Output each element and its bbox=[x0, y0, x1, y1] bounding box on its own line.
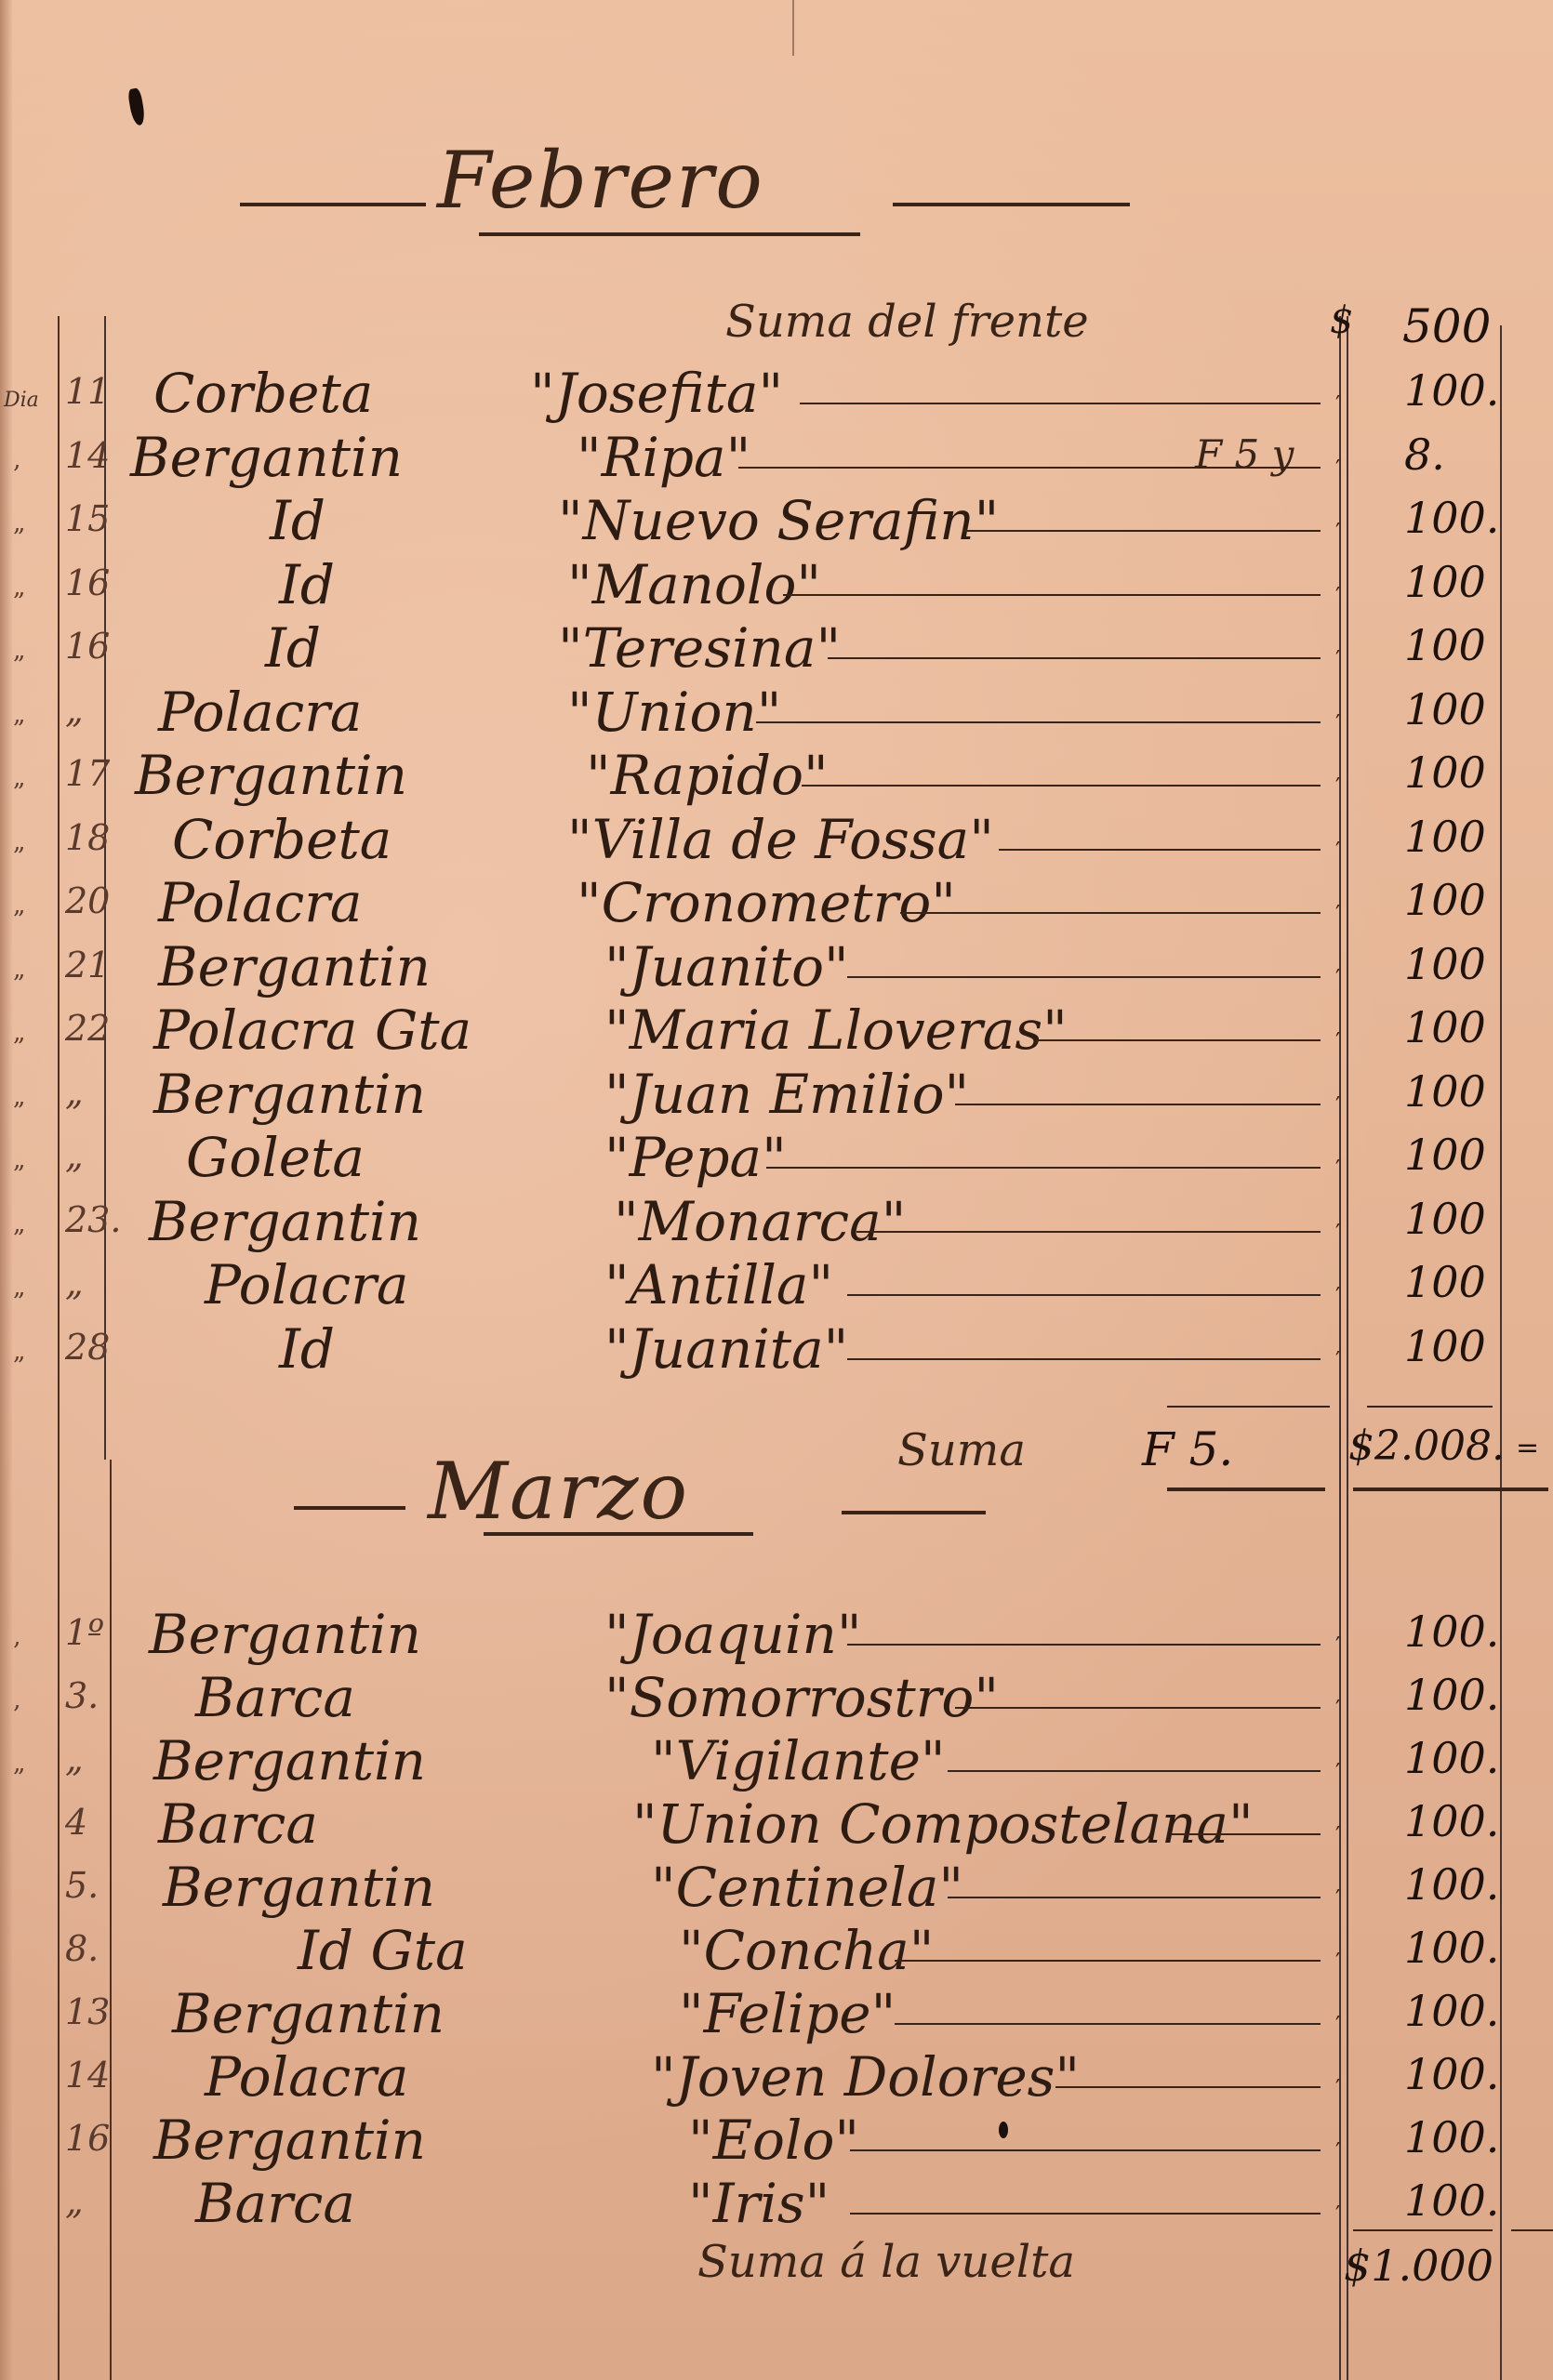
amount: 100 bbox=[1404, 1257, 1486, 1307]
carried-amount: 500 bbox=[1402, 299, 1491, 353]
leader-line bbox=[800, 403, 1321, 404]
column-tick: ′ bbox=[1335, 2201, 1340, 2228]
column-tick: ′ bbox=[1335, 583, 1340, 609]
day-number: „ bbox=[65, 1072, 84, 1113]
march-total-label: Suma á la vuelta bbox=[697, 2236, 1075, 2288]
vessel-type: Bergantin bbox=[172, 1982, 445, 2045]
ledger-row: „„Bergantin"Vigilante"′100. bbox=[0, 1725, 1553, 1789]
day-number: 16 bbox=[65, 562, 110, 603]
column-tick: ′ bbox=[1335, 1028, 1340, 1054]
vessel-name: "Union Compostelana" bbox=[632, 1792, 1254, 1856]
vessel-name: "Antilla" bbox=[604, 1253, 833, 1316]
ditto-mark: „ bbox=[13, 828, 25, 856]
day-number: „ bbox=[65, 1739, 84, 1779]
amount: 100. bbox=[1404, 1923, 1499, 1973]
vessel-type: Corbeta bbox=[172, 808, 392, 871]
ditto-mark: „ bbox=[13, 1750, 25, 1778]
ledger-row: 14Polacra"Joven Dolores"′100. bbox=[0, 2042, 1553, 2105]
amount: 100 bbox=[1404, 620, 1486, 670]
ditto-mark: „ bbox=[13, 956, 25, 984]
column-tick: ′ bbox=[1335, 773, 1340, 800]
vessel-type: Polacra bbox=[205, 2045, 409, 2109]
ledger-row: „„Polacra"Antilla"′100 bbox=[0, 1249, 1553, 1313]
column-tick: ′ bbox=[1335, 1949, 1340, 1975]
ditto-mark: „ bbox=[13, 1274, 25, 1302]
leader-line bbox=[955, 1104, 1321, 1105]
leader-line bbox=[948, 1770, 1321, 1772]
ledger-row: ‚1ºBergantin"Joaquin"′100. bbox=[0, 1599, 1553, 1662]
vessel-name: "Nuevo Serafin" bbox=[558, 489, 999, 552]
day-number: „ bbox=[65, 1135, 84, 1176]
february-total-mark: = bbox=[1516, 1432, 1539, 1464]
day-number: „ bbox=[65, 2181, 84, 2222]
leader-line bbox=[783, 594, 1321, 596]
leader-line bbox=[856, 1231, 1321, 1233]
column-tick: ′ bbox=[1335, 391, 1340, 417]
vessel-type: Bergantin bbox=[149, 1603, 421, 1666]
vessel-type: Corbeta bbox=[153, 362, 373, 425]
leader-line bbox=[828, 657, 1321, 659]
carried-currency: $ bbox=[1330, 299, 1353, 342]
ledger-page: Febrero Suma del frente $ 500 Dia 11Corb… bbox=[0, 0, 1553, 2380]
ditto-mark: ‚ bbox=[13, 1623, 20, 1651]
amount: 100 bbox=[1404, 812, 1486, 862]
total-rule-amount bbox=[1353, 2229, 1493, 2231]
ledger-row: „22Polacra Gta"Maria Lloveras"′100 bbox=[0, 995, 1553, 1058]
column-tick: ′ bbox=[1335, 965, 1340, 991]
day-number: „ bbox=[65, 690, 84, 731]
day-number: 14 bbox=[65, 2055, 110, 2096]
vessel-name: "Juan Emilio" bbox=[604, 1063, 969, 1126]
ditto-mark: ‚ bbox=[13, 446, 20, 474]
vessel-name: "Monarca" bbox=[614, 1190, 906, 1253]
vessel-name: "Joaquin" bbox=[604, 1603, 862, 1666]
leader-line bbox=[1036, 1039, 1321, 1041]
column-tick: ′ bbox=[1335, 456, 1340, 482]
ditto-mark: „ bbox=[13, 1019, 25, 1047]
vessel-type: Bergantin bbox=[135, 744, 407, 807]
amount: 100 bbox=[1404, 939, 1486, 989]
february-total-label: Suma bbox=[897, 1424, 1026, 1476]
ditto-mark: „ bbox=[13, 509, 25, 537]
francs-note: F 5 y bbox=[1195, 431, 1294, 477]
vessel-name: "Cronometro" bbox=[577, 871, 956, 934]
vessel-type: Bergantin bbox=[153, 2109, 426, 2172]
amount: 100. bbox=[1404, 493, 1499, 543]
vessel-name: "Vigilante" bbox=[651, 1729, 946, 1792]
ledger-row: 5.Bergantin"Centinela"′100. bbox=[0, 1852, 1553, 1915]
leader-line bbox=[850, 2149, 1321, 2151]
vessel-type: Barca bbox=[195, 2172, 355, 2235]
february-total-amount: $2.008. bbox=[1348, 1422, 1505, 1470]
ledger-row: „15Id"Nuevo Serafin"′100. bbox=[0, 485, 1553, 549]
heading-dash-left bbox=[294, 1506, 405, 1510]
amount: 100. bbox=[1404, 2112, 1499, 2162]
ledger-row: ‚3.Barca"Somorrostro"′100. bbox=[0, 1662, 1553, 1725]
ledger-row: „28Id"Juanita"′100 bbox=[0, 1314, 1553, 1377]
column-tick: ′ bbox=[1335, 646, 1340, 672]
vessel-type: Bergantin bbox=[149, 1190, 421, 1253]
amount: 100 bbox=[1404, 875, 1486, 925]
ledger-row: ‚14Bergantin"Ripa"F 5 y′8. bbox=[0, 422, 1553, 485]
day-number: 5. bbox=[65, 1865, 99, 1906]
vessel-type: Id Gta bbox=[298, 1919, 468, 1982]
day-number: 18 bbox=[65, 817, 110, 858]
leader-line bbox=[1172, 1833, 1321, 1835]
day-number: 1º bbox=[65, 1612, 104, 1653]
leader-line bbox=[1055, 2086, 1321, 2088]
amount: 100 bbox=[1404, 1194, 1486, 1244]
vessel-type: Barca bbox=[195, 1666, 355, 1729]
heading-underline bbox=[484, 1532, 753, 1536]
vessel-name: "Union" bbox=[567, 681, 781, 744]
march-total-amount: $1.000 bbox=[1344, 2241, 1493, 2291]
vessel-name: "Josefita" bbox=[530, 362, 783, 425]
heading-dash-right bbox=[893, 203, 1130, 206]
ledger-row: „„Bergantin"Juan Emilio"′100 bbox=[0, 1059, 1553, 1122]
column-tick: ′ bbox=[1335, 2012, 1340, 2038]
amount: 100 bbox=[1404, 1066, 1486, 1117]
vessel-type: Barca bbox=[158, 1792, 318, 1856]
amount: 100 bbox=[1404, 1002, 1486, 1052]
amount: 8. bbox=[1404, 430, 1445, 480]
column-tick: ′ bbox=[1335, 1633, 1340, 1659]
vessel-name: "Eolo" bbox=[688, 2109, 859, 2172]
vessel-name: "Felipe" bbox=[679, 1982, 896, 2045]
ledger-row: 8.Id Gta"Concha"′100. bbox=[0, 1915, 1553, 1978]
column-tick: ′ bbox=[1335, 710, 1340, 736]
leader-line bbox=[850, 2213, 1321, 2215]
ledger-row: 16Bergantin"Eolo"′100. bbox=[0, 2105, 1553, 2168]
amount: 100 bbox=[1404, 1321, 1486, 1371]
day-number: 13 bbox=[65, 1991, 110, 2032]
total-double-rule-amount bbox=[1353, 1487, 1548, 1491]
day-number: 11 bbox=[65, 371, 110, 412]
day-number: 17 bbox=[65, 753, 110, 794]
leader-line bbox=[955, 1707, 1321, 1709]
vessel-type: Polacra Gta bbox=[153, 998, 471, 1062]
leader-line bbox=[847, 1294, 1321, 1296]
column-tick: ′ bbox=[1335, 2075, 1340, 2101]
vessel-type: Bergantin bbox=[158, 935, 431, 998]
total-double-rule-francs bbox=[1167, 1487, 1325, 1491]
day-number: „ bbox=[65, 1263, 84, 1303]
column-tick: ′ bbox=[1335, 519, 1340, 545]
total-rule-margin bbox=[1511, 2229, 1553, 2231]
column-tick: ′ bbox=[1335, 1156, 1340, 1182]
day-number: 21 bbox=[65, 945, 110, 985]
amount: 100 bbox=[1404, 747, 1486, 798]
day-number: 4 bbox=[65, 1802, 87, 1843]
vessel-type: Id bbox=[279, 553, 335, 616]
vessel-type: Polacra bbox=[205, 1253, 409, 1316]
amount: 100. bbox=[1404, 1670, 1499, 1720]
ditto-mark: „ bbox=[13, 701, 25, 729]
amount: 100 bbox=[1404, 684, 1486, 734]
vessel-type: Bergantin bbox=[153, 1063, 426, 1126]
leader-line bbox=[948, 1897, 1321, 1898]
leader-line bbox=[895, 2023, 1321, 2025]
column-tick: ′ bbox=[1335, 838, 1340, 864]
vessel-name: "Villa de Fossa" bbox=[567, 808, 994, 871]
day-number: 16 bbox=[65, 626, 110, 667]
leader-line bbox=[802, 785, 1321, 787]
vessel-name: "Pepa" bbox=[604, 1126, 787, 1189]
ditto-mark: „ bbox=[13, 764, 25, 792]
ledger-row: „21Bergantin"Juanito"′100 bbox=[0, 932, 1553, 995]
vessel-type: Id bbox=[279, 1317, 335, 1381]
leader-line bbox=[999, 849, 1321, 851]
day-number: 22 bbox=[65, 1008, 110, 1049]
ledger-row: „16Id"Teresina"′100 bbox=[0, 613, 1553, 676]
column-tick: ′ bbox=[1335, 1696, 1340, 1722]
ledger-row: 13Bergantin"Felipe"′100. bbox=[0, 1978, 1553, 2042]
vessel-type: Polacra bbox=[158, 681, 363, 744]
column-tick: ′ bbox=[1335, 1283, 1340, 1309]
vessel-name: "Concha" bbox=[679, 1919, 934, 1982]
ledger-row: „18Corbeta"Villa de Fossa"′100 bbox=[0, 804, 1553, 867]
heading-dash-right bbox=[842, 1511, 986, 1514]
ditto-mark: „ bbox=[13, 574, 25, 602]
amount: 100. bbox=[1404, 1606, 1499, 1657]
ditto-mark: „ bbox=[13, 1338, 25, 1366]
column-tick: ′ bbox=[1335, 1092, 1340, 1118]
ledger-row: „17Bergantin"Rapido"′100 bbox=[0, 740, 1553, 803]
total-rule-top-amount bbox=[1367, 1406, 1493, 1408]
heading-underline bbox=[479, 232, 860, 236]
ledger-row: „Barca"Iris"′100. bbox=[0, 2168, 1553, 2231]
day-number: 20 bbox=[65, 880, 110, 921]
vessel-name: "Joven Dolores" bbox=[651, 2045, 1080, 2109]
vessel-name: "Juanita" bbox=[604, 1317, 848, 1381]
vessel-name: "Rapido" bbox=[586, 744, 829, 807]
leader-line bbox=[895, 1960, 1321, 1962]
amount: 100. bbox=[1404, 1986, 1499, 2036]
vessel-name: "Juanito" bbox=[604, 935, 849, 998]
vessel-type: Polacra bbox=[158, 871, 363, 934]
ledger-row: „20Polacra"Cronometro"′100 bbox=[0, 867, 1553, 931]
ditto-mark: „ bbox=[13, 892, 25, 919]
ditto-mark: „ bbox=[13, 637, 25, 665]
day-number: 14 bbox=[65, 435, 110, 476]
vessel-type: Bergantin bbox=[163, 1856, 435, 1919]
vessel-name: "Teresina" bbox=[558, 616, 841, 680]
amount: 100. bbox=[1404, 2175, 1499, 2226]
column-tick: ′ bbox=[1335, 1347, 1340, 1373]
vessel-type: Bergantin bbox=[153, 1729, 426, 1792]
amount: 100. bbox=[1404, 1733, 1499, 1783]
day-number: 8. bbox=[65, 1928, 99, 1969]
ledger-row: 11Corbeta"Josefita"′100. bbox=[0, 358, 1553, 421]
leader-line bbox=[847, 1644, 1321, 1646]
vessel-name: "Somorrostro" bbox=[604, 1666, 999, 1729]
total-rule-top-francs bbox=[1167, 1406, 1330, 1408]
vessel-name: "Ripa" bbox=[577, 426, 750, 489]
ink-blot-mark bbox=[127, 87, 147, 126]
march-heading: Marzo bbox=[428, 1446, 689, 1537]
carried-forward-label: Suma del frente bbox=[725, 296, 1089, 348]
day-number: 28 bbox=[65, 1327, 110, 1368]
vessel-type: Id bbox=[270, 489, 325, 552]
vessel-name: "Maria Lloveras" bbox=[604, 998, 1068, 1062]
vessel-name: "Centinela" bbox=[651, 1856, 963, 1919]
february-total-francs: F 5. bbox=[1142, 1422, 1233, 1476]
vessel-type: Bergantin bbox=[130, 426, 403, 489]
vessel-name: "Manolo" bbox=[567, 553, 821, 616]
ditto-mark: ‚ bbox=[13, 1686, 20, 1714]
amount: 100 bbox=[1404, 1130, 1486, 1180]
heading-dash-left bbox=[240, 203, 426, 206]
ledger-row: „„Goleta"Pepa"′100 bbox=[0, 1122, 1553, 1185]
amount: 100. bbox=[1404, 1859, 1499, 1910]
ditto-mark: „ bbox=[13, 1083, 25, 1111]
amount: 100 bbox=[1404, 557, 1486, 607]
ledger-row: 4Barca"Union Compostelana"′100. bbox=[0, 1789, 1553, 1852]
column-tick: ′ bbox=[1335, 1759, 1340, 1785]
column-tick: ′ bbox=[1335, 1822, 1340, 1848]
day-number: 16 bbox=[65, 2118, 110, 2159]
ditto-mark: „ bbox=[13, 1146, 25, 1174]
amount: 100. bbox=[1404, 2049, 1499, 2099]
paper-tear bbox=[792, 0, 794, 56]
leader-line bbox=[847, 1358, 1321, 1360]
ledger-row: „16Id"Manolo"′100 bbox=[0, 549, 1553, 613]
day-number: 15 bbox=[65, 498, 110, 539]
leader-line bbox=[756, 721, 1321, 723]
leader-line bbox=[900, 912, 1321, 914]
ledger-row: „23.Bergantin"Monarca"′100 bbox=[0, 1186, 1553, 1249]
vessel-type: Id bbox=[265, 616, 321, 680]
column-tick: ′ bbox=[1335, 1885, 1340, 1911]
february-heading: Febrero bbox=[437, 135, 764, 226]
amount: 100. bbox=[1404, 365, 1499, 416]
ledger-row: „„Polacra"Union"′100 bbox=[0, 677, 1553, 740]
leader-line bbox=[962, 530, 1321, 532]
amount: 100. bbox=[1404, 1796, 1499, 1846]
day-number: 3. bbox=[65, 1675, 99, 1716]
leader-line bbox=[766, 1167, 1321, 1169]
column-tick: ′ bbox=[1335, 1220, 1340, 1246]
day-number: 23. bbox=[65, 1199, 121, 1240]
ditto-mark: „ bbox=[13, 1210, 25, 1238]
column-tick: ′ bbox=[1335, 901, 1340, 927]
column-tick: ′ bbox=[1335, 2138, 1340, 2164]
vessel-type: Goleta bbox=[186, 1126, 365, 1189]
vessel-name: "Iris" bbox=[688, 2172, 830, 2235]
leader-line bbox=[847, 976, 1321, 978]
